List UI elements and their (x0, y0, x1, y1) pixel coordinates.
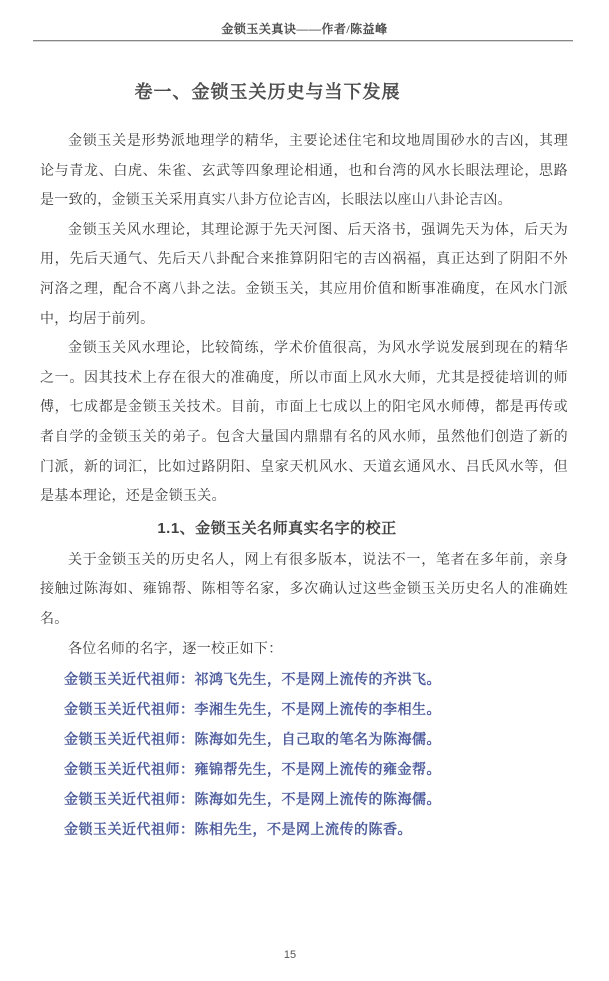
corrections-list: 金锁玉关近代祖师：祁鸿飞先生，不是网上流传的齐洪飞。 金锁玉关近代祖师：李湘生先… (40, 664, 568, 844)
section-paragraph: 关于金锁玉关的历史名人，网上有很多版本，说法不一，笔者在多年前，亲身接触过陈海如… (40, 546, 568, 635)
correction-line: 金锁玉关近代祖师：陈海如先生，自己取的笔名为陈海儒。 (40, 724, 568, 754)
correction-line: 金锁玉关近代祖师：祁鸿飞先生，不是网上流传的齐洪飞。 (40, 664, 568, 694)
page-title: 卷一、金锁玉关历史与当下发展 (0, 80, 535, 104)
correction-line: 金锁玉关近代祖师：雍锦帮先生，不是网上流传的雍金帮。 (40, 754, 568, 784)
body-paragraph: 金锁玉关风水理论，比较简练，学术价值很高，为风水学说发展到现在的精华之一。因其技… (40, 334, 568, 512)
page-number: 15 (0, 949, 580, 961)
running-header: 金锁玉关真诀——作者/陈益峰 (0, 21, 609, 37)
correction-line: 金锁玉关近代祖师：李湘生先生，不是网上流传的李相生。 (40, 694, 568, 724)
section-title: 1.1、金锁玉关名师真实名字的校正 (13, 512, 541, 546)
body-paragraph: 金锁玉关风水理论，其理论源于先天河图、后天洛书，强调先天为体，后天为用，先后天通… (40, 216, 568, 334)
corrections-intro: 各位名师的名字，逐一校正如下： (40, 635, 568, 665)
correction-line: 金锁玉关近代祖师：陈海如先生，不是网上流传的陈海儒。 (40, 784, 568, 814)
body-paragraph: 金锁玉关是形势派地理学的精华，主要论述住宅和坟地周围砂水的吉凶，其理论与青龙、白… (40, 127, 568, 216)
document-body: 金锁玉关是形势派地理学的精华，主要论述住宅和坟地周围砂水的吉凶，其理论与青龙、白… (40, 127, 568, 844)
header-divider (33, 40, 573, 42)
document-page: 金锁玉关真诀——作者/陈益峰 卷一、金锁玉关历史与当下发展 金锁玉关是形势派地理… (0, 0, 609, 981)
correction-line: 金锁玉关近代祖师：陈相先生，不是网上流传的陈香。 (40, 814, 568, 844)
